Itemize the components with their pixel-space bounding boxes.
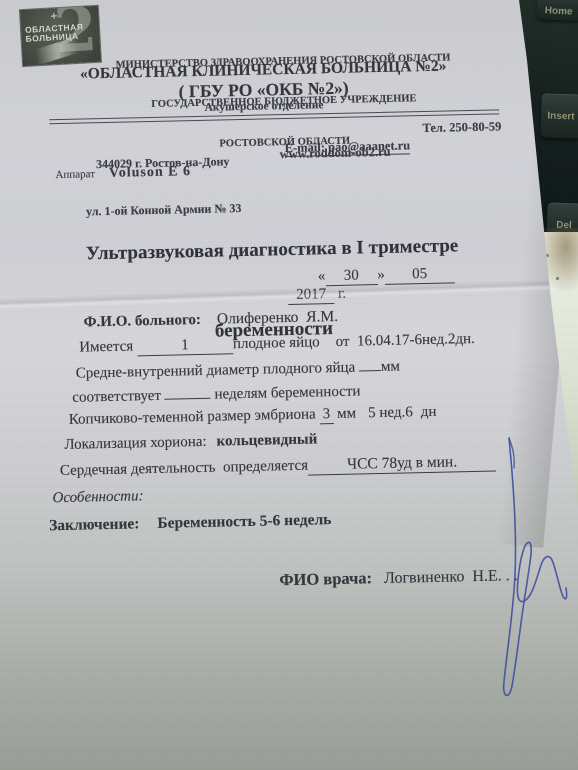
cross-icon: + [50,8,58,24]
sac-diameter-blank [359,370,381,371]
crl-days-unit: дн [421,404,437,420]
keyboard-key-insert: Insert [540,93,578,138]
crl-weeks: 5 нед. [368,404,405,421]
conclusion-value: Беременность 5-6 недель [157,511,331,532]
document-paper: 2 + ОБЛАСТНАЯ БОЛЬНИЦА МИНИСТЕРСТВО ЗДРА… [0,0,578,770]
crl-value: 3 [319,406,333,424]
doctor-label: ФИО врача: [279,568,372,589]
crl-unit: мм [337,406,356,422]
keyboard-key-home-label: Home [544,5,572,17]
device-value: Voluson E 6 [109,164,191,181]
crl-days-value: 6 [405,404,413,420]
date-day: 30 [325,267,377,286]
field-conclusion: Заключение:Беременность 5-6 недель [18,493,332,554]
phone-line: Тел. 250-80-59 [422,119,501,136]
keyboard-key-home: Home [536,0,578,21]
photo-of-ultrasound-report: Home Insert Del 2 + ОБЛАСТНАЯ БОЛЬНИЦА [0,0,578,770]
keyboard-key-insert-label: Insert [547,110,575,122]
doctor-signature [478,420,578,710]
sac-diameter-unit: мм [381,359,400,375]
device-label: Аппарат [55,168,95,181]
conclusion-label: Заключение: [49,515,140,534]
cardiac-value: ЧСС 78уд в мин. [308,453,496,476]
